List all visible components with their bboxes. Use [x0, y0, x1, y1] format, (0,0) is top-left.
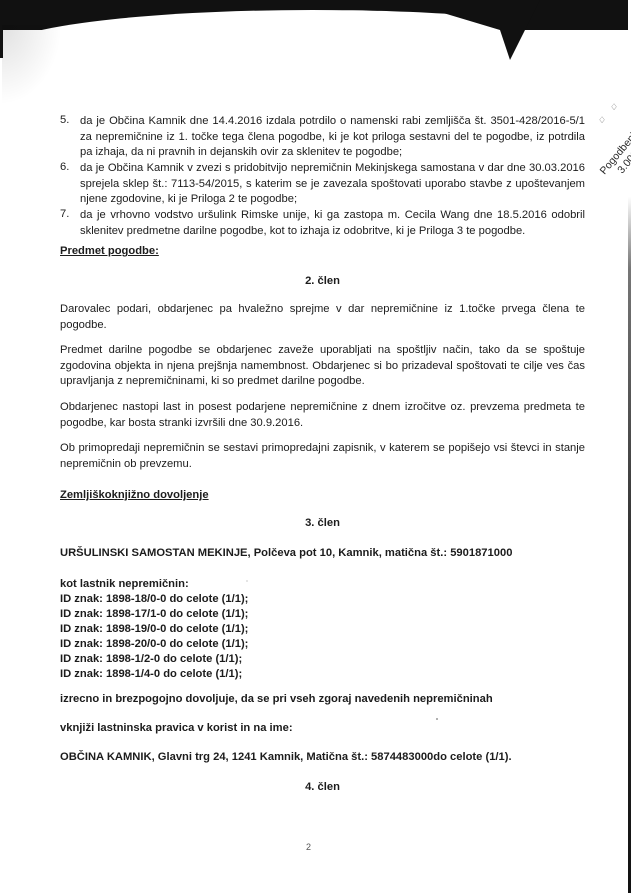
owner-label: kot lastnik nepremičnin:	[60, 577, 189, 593]
id-entry: ID znak: 1898-18/0-0 do celote (1/1);	[60, 592, 248, 608]
list-item: 7. da je vrhovno vodstvo uršulink Rimske…	[60, 208, 585, 242]
stamp-mark-icon: ♢	[610, 102, 618, 113]
scan-speck	[436, 718, 438, 720]
id-entry: ID znak: 1898-20/0-0 do celote (1/1);	[60, 637, 248, 653]
section-heading-predmet: Predmet pogodbe:	[60, 244, 159, 260]
article-2-heading: 2. člen	[60, 274, 585, 290]
section-heading-zemljiskoknjizno: Zemljiškoknjižno dovoljenje	[60, 488, 209, 504]
list-item-number: 7.	[60, 208, 69, 220]
scan-corner-shade	[2, 25, 62, 105]
paragraph: Predmet darilne pogodbe se obdarjenec za…	[60, 343, 585, 390]
registration-line: vknjiži lastninska pravica v korist in n…	[60, 721, 293, 737]
list-item-number: 6.	[60, 161, 69, 173]
list-item-text: da je Občina Kamnik v zvezi s pridobitvi…	[80, 161, 585, 208]
paragraph: Ob primopredaji nepremičnin se sestavi p…	[60, 441, 585, 472]
paragraph: Darovalec podari, obdarjenec pa hvaležno…	[60, 302, 585, 333]
id-entry: ID znak: 1898-1/4-0 do celote (1/1);	[60, 667, 242, 683]
paragraph: Obdarjenec nastopi last in posest podarj…	[60, 400, 585, 431]
id-entry: ID znak: 1898-17/1-0 do celote (1/1);	[60, 607, 248, 623]
consent-line: izrecno in brezpogojno dovoljuje, da se …	[60, 692, 493, 708]
list-item-number: 5.	[60, 114, 69, 126]
article-4-heading: 4. člen	[60, 780, 585, 796]
article-3-heading: 3. člen	[60, 516, 585, 532]
list-item-text: da je vrhovno vodstvo uršulink Rimske un…	[80, 208, 585, 239]
list-item: 6. da je Občina Kamnik v zvezi s pridobi…	[60, 161, 585, 211]
stamp-mark-icon: ♢	[598, 115, 606, 126]
beneficiary-line: OBČINA KAMNIK, Glavni trg 24, 1241 Kamni…	[60, 750, 512, 766]
id-entry: ID znak: 1898-1/2-0 do celote (1/1);	[60, 652, 242, 668]
id-entry: ID znak: 1898-19/0-0 do celote (1/1);	[60, 622, 248, 638]
page-number: 2	[306, 842, 311, 852]
list-item-text: da je Občina Kamnik dne 14.4.2016 izdala…	[80, 114, 585, 161]
owner-line: URŠULINSKI SAMOSTAN MEKINJE, Polčeva pot…	[60, 546, 512, 562]
scan-speck	[246, 580, 248, 582]
list-item: 5. da je Občina Kamnik dne 14.4.2016 izd…	[60, 114, 585, 164]
